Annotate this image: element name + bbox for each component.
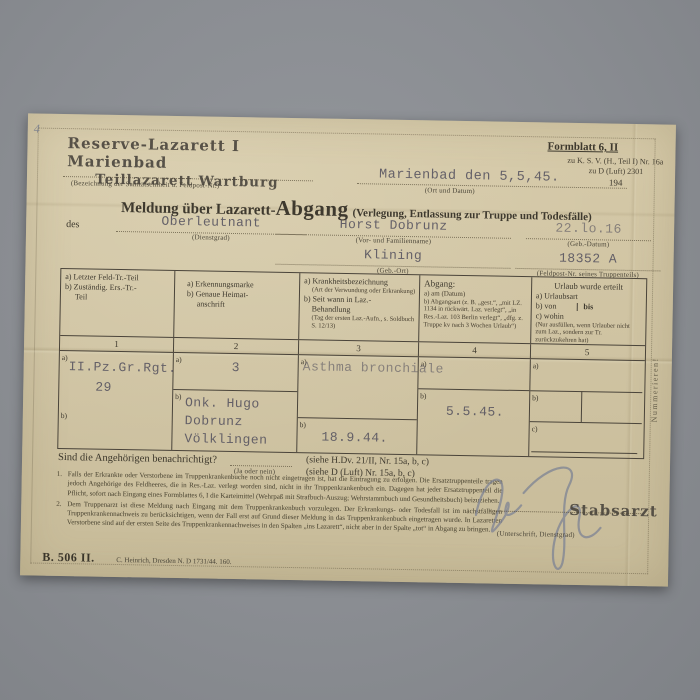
stabsarzt-stamp: Stabsarzt	[569, 501, 658, 521]
note-2-text: Dem Truppenarzt ist diese Meldung nach E…	[67, 500, 502, 535]
formblatt-label: Formblatt 6, II	[547, 140, 618, 153]
cell-troop-unit: a) II.Pz.Gr.Rgt. 29 b)	[58, 351, 173, 450]
subcell-divider	[298, 417, 417, 420]
feldpost-field: 18352 A (Feldpost-Nr. seines Truppenteil…	[515, 248, 660, 272]
header-col4: Abgang: a) am (Datum) b) Abgangsart (z. …	[418, 275, 531, 343]
instruction-notes: 1. Falls der Erkrankte oder Verstorbene …	[56, 470, 503, 538]
note-2: 2. Dem Truppenarzt ist diese Meldung nac…	[56, 500, 502, 536]
header-col2: a) Erkennungsmarke b) Genaue Heimat- ans…	[173, 271, 299, 339]
erkennungsmarke-value: 3	[232, 360, 241, 375]
marker-b: b)	[532, 393, 538, 402]
birth-date-field: 22.lo.16 (Geb.-Datum)	[526, 218, 651, 241]
unit-stamp-line1: Reserve-Lazarett I Marienbad	[67, 134, 308, 174]
header-col5-line5: (Nur ausfüllen, wenn Urlauber nicht zum …	[535, 321, 640, 346]
abgang-date-value: 5.5.45.	[446, 404, 504, 420]
header-col3: a) Krankheitsbezeichnung (Art der Verwun…	[298, 273, 419, 341]
col5-number: 5	[530, 344, 643, 360]
col3-number: 3	[298, 340, 418, 356]
place-date-value: Marienbad den 5,5,45.	[379, 168, 560, 186]
birth-date-value: 22.lo.16	[555, 221, 622, 237]
troop-unit-value: II.Pz.Gr.Rgt.	[69, 359, 177, 376]
paper-form: 4 Reserve-Lazarett I Marienbad Teillazar…	[20, 113, 676, 586]
subcell-divider	[418, 388, 529, 391]
laz-date-value: 18.9.44.	[321, 430, 388, 446]
abgang-table: a) Letzter Feld-Tr.-Teil b) Zuständig. E…	[57, 268, 647, 459]
header-col5: Urlaub wurde erteilt a) Urlaubsart b) vo…	[530, 277, 644, 345]
header-col5-von: b) von	[536, 301, 557, 310]
name-field: Horst Dobrunz (Vor- und Familienname)	[276, 214, 511, 239]
marker-b: b)	[175, 392, 181, 401]
col4-number: 4	[418, 342, 530, 358]
marker-b: b)	[61, 411, 67, 420]
header-col1: a) Letzter Feld-Tr.-Teil b) Zuständig. E…	[60, 269, 174, 337]
marker-b: b)	[300, 420, 306, 429]
birth-place-field: Klining (Geb.-Ort)	[275, 244, 510, 269]
table-header-row: a) Letzter Feld-Tr.-Teil b) Zuständig. E…	[60, 269, 646, 345]
header-col2-line3: anschrift	[179, 299, 296, 311]
marker-a: a)	[533, 361, 539, 370]
col1-number: 1	[60, 336, 173, 352]
feldpost-value: 18352 A	[559, 251, 617, 267]
marker-c: c)	[532, 424, 538, 433]
rank-value: Oberleutnant	[161, 214, 261, 231]
heimat-line3: Völklingen	[184, 431, 267, 447]
header-col1-line3: Teil	[65, 292, 171, 304]
troop-unit-value2: 29	[95, 380, 112, 395]
header-col5-bis: bis	[583, 302, 593, 311]
form-number: B. 506 II.	[42, 550, 95, 566]
side-margin-note: Nummerieren!	[650, 292, 661, 422]
table-data-row: a) II.Pz.Gr.Rgt. 29 b) a) 3 b) Onk. Hugo…	[58, 350, 645, 458]
place-date-caption: (Ort und Datum)	[425, 186, 475, 195]
header-col4-line3: b) Abgangsart (z. B. „gest.“, „mit LZ. 1…	[423, 298, 528, 331]
marker-b: b)	[420, 391, 426, 400]
photo-background: 4 Reserve-Lazarett I Marienbad Teillazar…	[0, 0, 700, 700]
von-bis-divider	[576, 303, 577, 311]
note-1-number: 1.	[56, 470, 67, 498]
see-reference-1: (siehe H.Dv. 21/II, Nr. 15a, b, c)	[306, 455, 429, 467]
pencil-annotation: 4	[34, 121, 40, 136]
header-col3-line5: (Tag der ersten Laz.-Aufn., s. Soldbuch …	[303, 314, 415, 332]
signature-caption: (Unterschrift, Dienstgrad)	[497, 530, 575, 539]
cell-krankheit: a) Asthma bronchiale b) 18.9.44.	[296, 355, 418, 454]
heimat-line1: Onk. Hugo	[185, 395, 260, 411]
cell-erkennungsmarke: a) 3 b) Onk. Hugo Dobrunz Völklingen	[171, 353, 298, 452]
name-value: Horst Dobrunz	[340, 217, 448, 234]
note-2-number: 2.	[56, 500, 67, 528]
des-label: des	[66, 219, 80, 230]
heimat-line2: Dobrunz	[185, 413, 243, 429]
cell-urlaub: a) b) c)	[528, 359, 643, 458]
year-printed: 194	[609, 178, 623, 188]
subcell-divider	[530, 390, 642, 393]
subcell-divider	[173, 389, 297, 392]
subcell-divider	[530, 421, 642, 424]
krankheit-value: Asthma bronchiale	[303, 359, 444, 376]
col2-number: 2	[173, 338, 298, 354]
von-bis-cell-divider	[581, 391, 583, 422]
marker-a: a)	[62, 353, 68, 362]
birth-place-value: Klining	[364, 247, 422, 263]
